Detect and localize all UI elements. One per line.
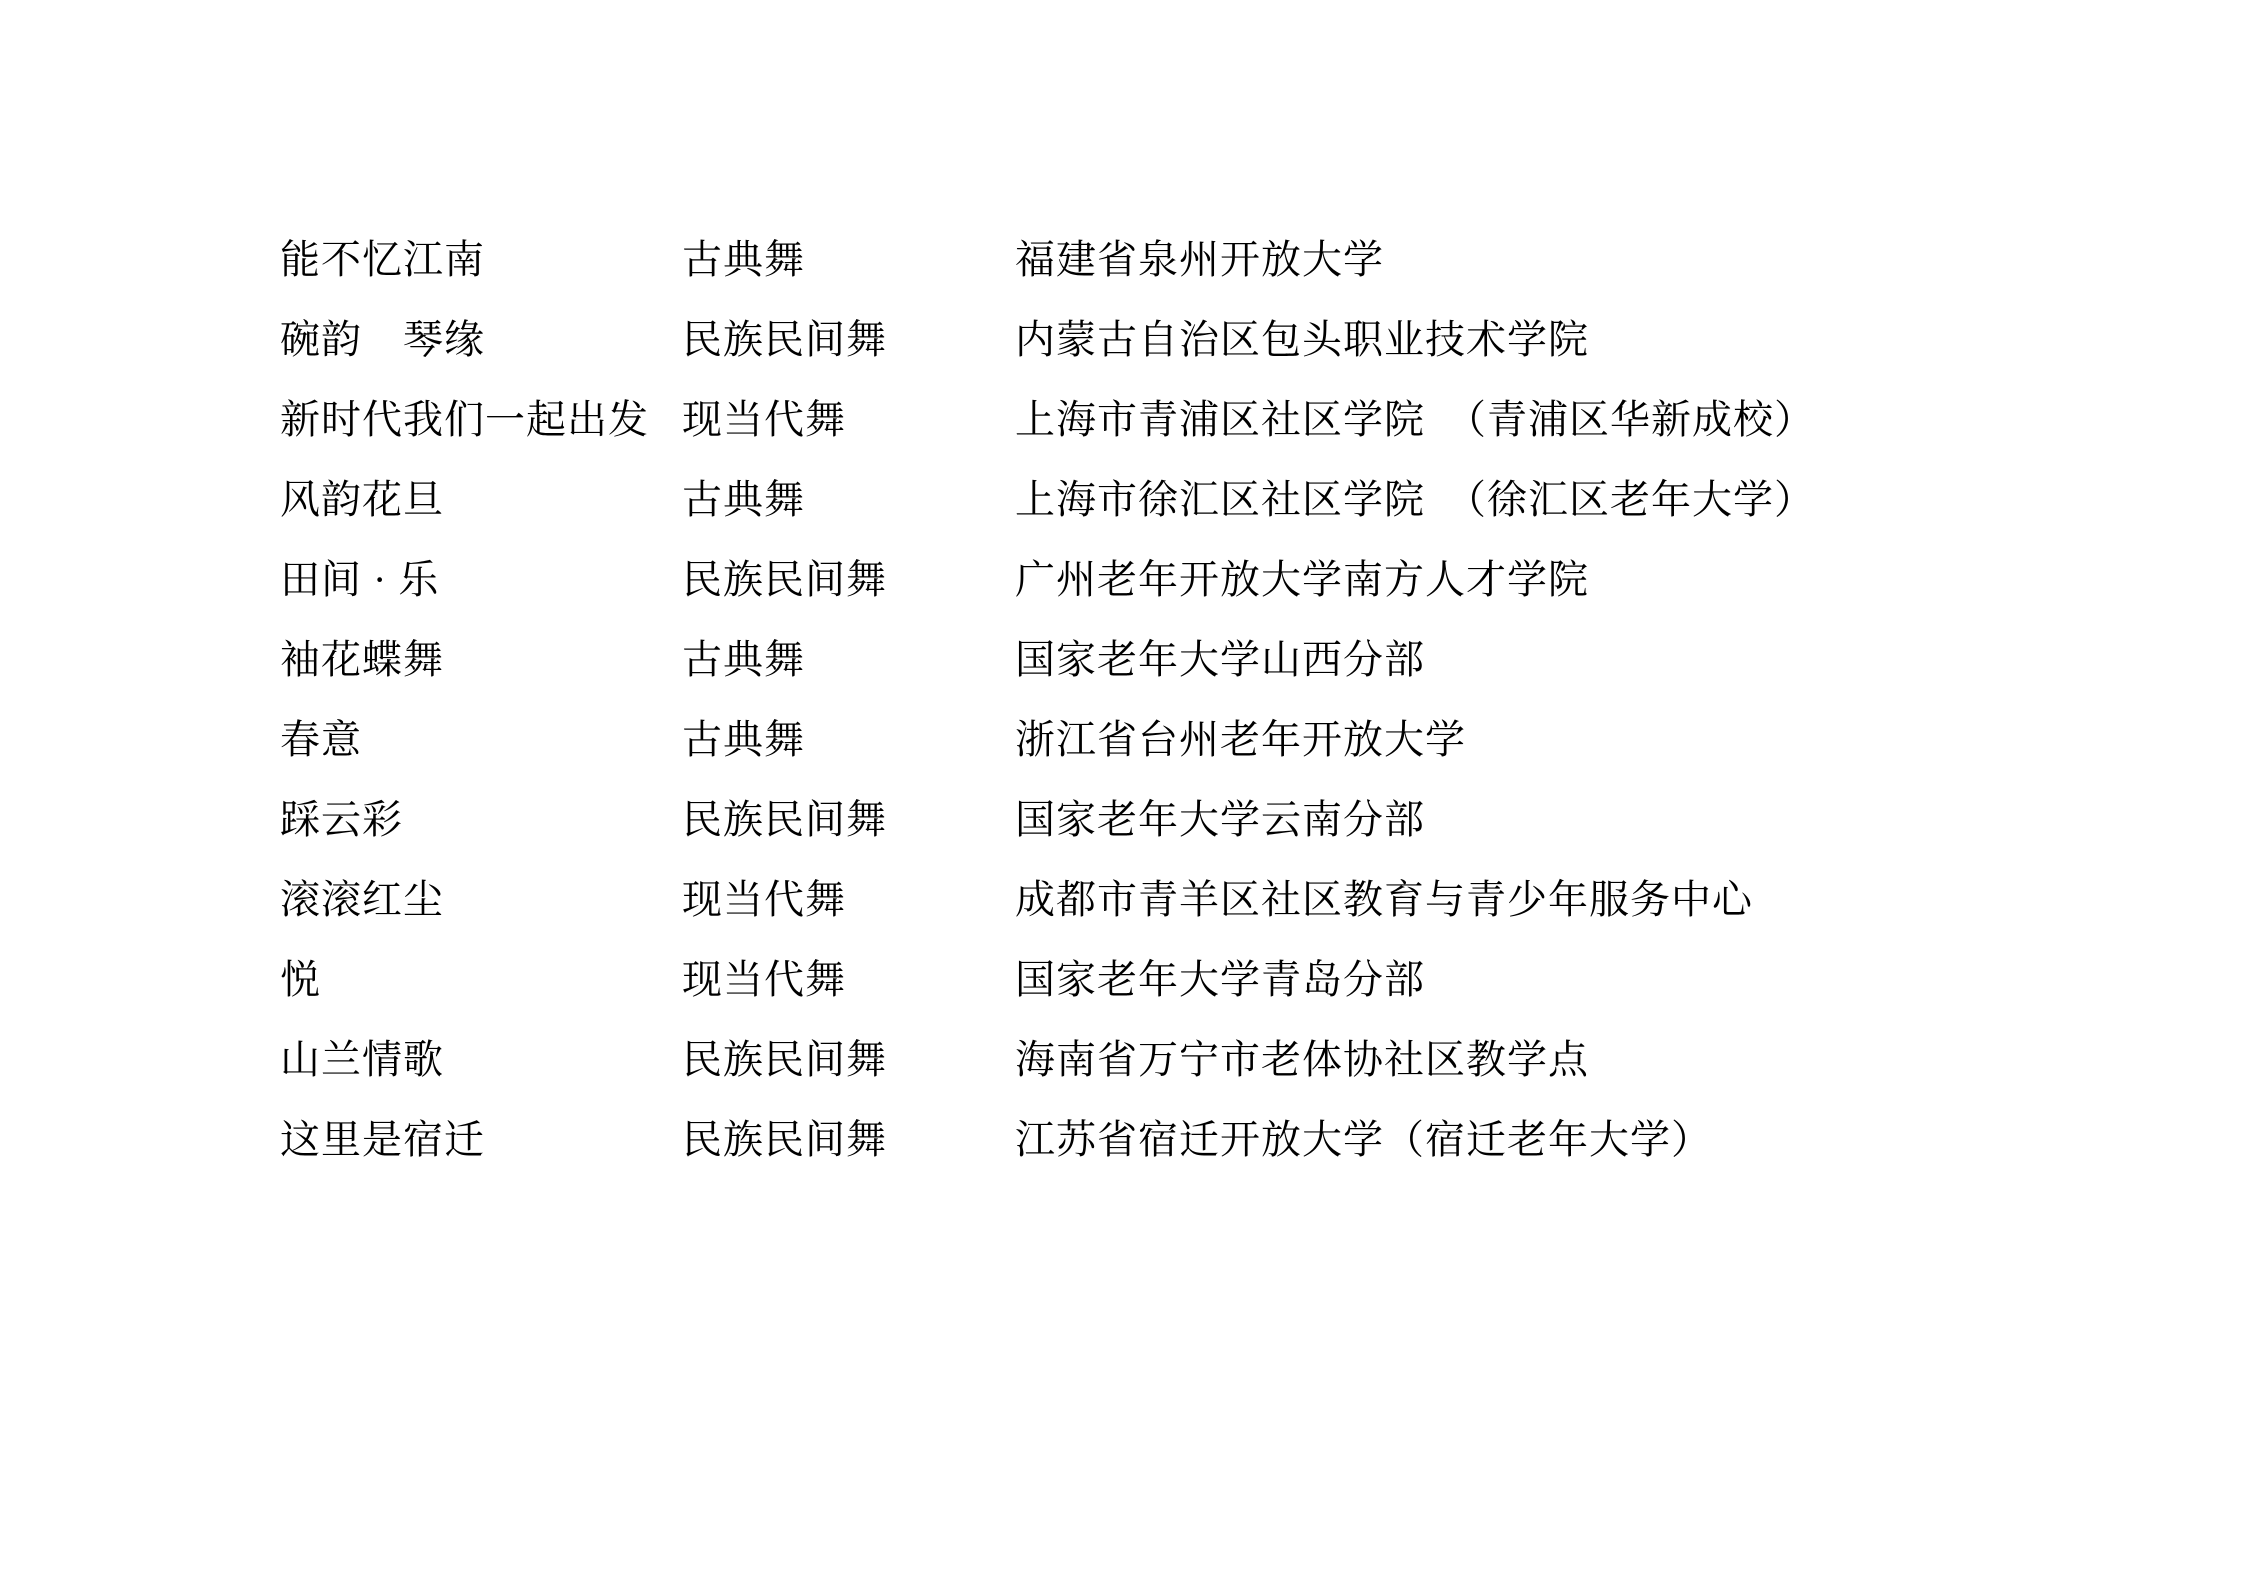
dance-genre: 民族民间舞 [682, 780, 887, 860]
organization-name: 上海市青浦区社区学院 （青浦区华新成校） [1015, 380, 1815, 460]
program-title: 踩云彩 [280, 780, 403, 860]
dance-genre: 古典舞 [682, 700, 805, 780]
list-item: 能不忆江南 古典舞 福建省泉州开放大学 [0, 220, 2245, 300]
dance-genre: 民族民间舞 [682, 1100, 887, 1180]
program-title: 碗韵 琴缘 [280, 300, 485, 380]
program-title: 能不忆江南 [280, 220, 485, 300]
program-title: 悦 [280, 940, 321, 1020]
dance-genre: 古典舞 [682, 460, 805, 540]
organization-name: 国家老年大学云南分部 [1015, 780, 1425, 860]
organization-name: 浙江省台州老年开放大学 [1015, 700, 1466, 780]
organization-name: 江苏省宿迁开放大学（宿迁老年大学） [1015, 1100, 1712, 1180]
program-title: 山兰情歌 [280, 1020, 444, 1100]
list-item: 田间 · 乐 民族民间舞 广州老年开放大学南方人才学院 [0, 540, 2245, 620]
list-item: 悦 现当代舞 国家老年大学青岛分部 [0, 940, 2245, 1020]
list-item: 踩云彩 民族民间舞 国家老年大学云南分部 [0, 780, 2245, 860]
dance-genre: 民族民间舞 [682, 300, 887, 380]
document-page: 能不忆江南 古典舞 福建省泉州开放大学 碗韵 琴缘 民族民间舞 内蒙古自治区包头… [0, 0, 2245, 1587]
organization-name: 广州老年开放大学南方人才学院 [1015, 540, 1589, 620]
program-title: 风韵花旦 [280, 460, 444, 540]
dance-genre: 古典舞 [682, 620, 805, 700]
list-item: 这里是宿迁 民族民间舞 江苏省宿迁开放大学（宿迁老年大学） [0, 1100, 2245, 1180]
program-title: 这里是宿迁 [280, 1100, 485, 1180]
list-item: 滚滚红尘 现当代舞 成都市青羊区社区教育与青少年服务中心 [0, 860, 2245, 940]
program-title: 新时代我们一起出发 [280, 380, 649, 460]
organization-name: 上海市徐汇区社区学院 （徐汇区老年大学） [1015, 460, 1815, 540]
program-title: 春意 [280, 700, 362, 780]
dance-genre: 现当代舞 [682, 940, 846, 1020]
organization-name: 海南省万宁市老体协社区教学点 [1015, 1020, 1589, 1100]
list-item: 新时代我们一起出发 现当代舞 上海市青浦区社区学院 （青浦区华新成校） [0, 380, 2245, 460]
program-title: 袖花蝶舞 [280, 620, 444, 700]
dance-genre: 民族民间舞 [682, 1020, 887, 1100]
dance-genre: 古典舞 [682, 220, 805, 300]
organization-name: 福建省泉州开放大学 [1015, 220, 1384, 300]
list-item: 碗韵 琴缘 民族民间舞 内蒙古自治区包头职业技术学院 [0, 300, 2245, 380]
list-item: 山兰情歌 民族民间舞 海南省万宁市老体协社区教学点 [0, 1020, 2245, 1100]
list-item: 风韵花旦 古典舞 上海市徐汇区社区学院 （徐汇区老年大学） [0, 460, 2245, 540]
program-title: 田间 · 乐 [280, 540, 439, 620]
organization-name: 国家老年大学山西分部 [1015, 620, 1425, 700]
list-item: 春意 古典舞 浙江省台州老年开放大学 [0, 700, 2245, 780]
organization-name: 国家老年大学青岛分部 [1015, 940, 1425, 1020]
dance-genre: 民族民间舞 [682, 540, 887, 620]
organization-name: 成都市青羊区社区教育与青少年服务中心 [1015, 860, 1753, 940]
list-item: 袖花蝶舞 古典舞 国家老年大学山西分部 [0, 620, 2245, 700]
dance-genre: 现当代舞 [682, 380, 846, 460]
program-title: 滚滚红尘 [280, 860, 444, 940]
organization-name: 内蒙古自治区包头职业技术学院 [1015, 300, 1589, 380]
dance-genre: 现当代舞 [682, 860, 846, 940]
